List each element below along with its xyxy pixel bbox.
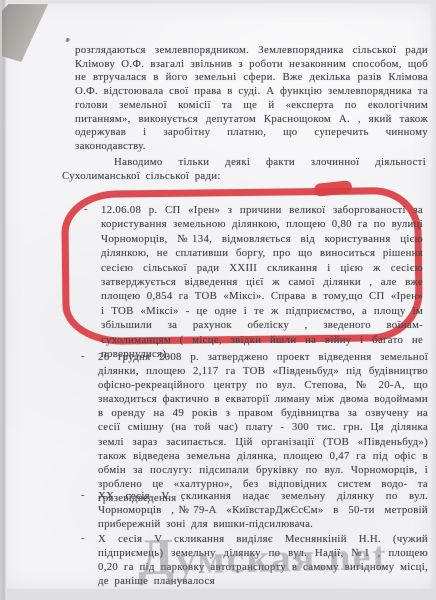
page-left-edge-shadow [0, 0, 7, 600]
intro-paragraph: розглядаються землевпорядником. Землевпо… [75, 44, 428, 154]
photo-background: розглядаються землевпорядником. Землевпо… [0, 0, 436, 600]
list-item-marker: - [81, 489, 85, 501]
lead-paragraph: Наводимо тільки деякі факти злочинної ді… [62, 156, 426, 183]
list-item-text: 26 грудня 2008 р. затверджено проект від… [98, 350, 428, 505]
list-item-marker: - [81, 532, 85, 544]
list-item-marker: - [81, 350, 85, 362]
list-item-marker: - [84, 203, 88, 215]
fact-list-item-2: - 26 грудня 2008 р. затверджено проект в… [98, 350, 428, 505]
site-watermark: Думская.net [137, 520, 436, 589]
fact-list-item-1: - 12.06.08 р. СП «Ірен» з причини велико… [101, 203, 423, 361]
list-item-text: 12.06.08 р. СП «Ірен» з причини великої … [101, 203, 423, 361]
